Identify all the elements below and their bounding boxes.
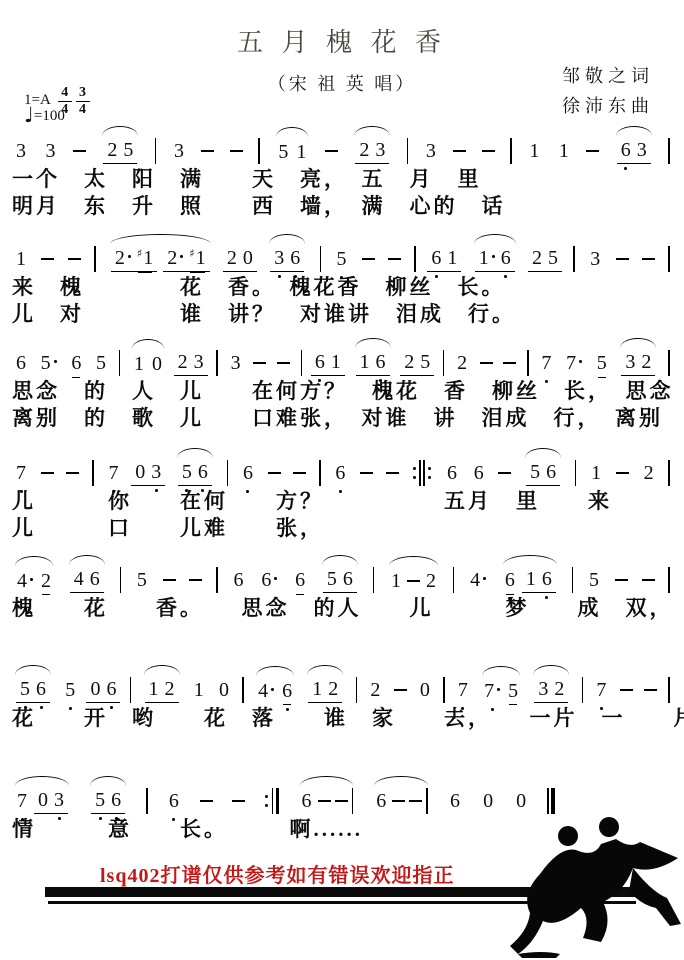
barline: [572, 567, 574, 593]
note-2: 2: [457, 352, 467, 374]
beam-group: 20: [223, 246, 257, 272]
note-3: 3: [194, 351, 204, 373]
duration-dash: [615, 579, 628, 581]
beam-group: 12: [145, 677, 179, 703]
beam-group: 16: [475, 246, 515, 272]
note-0: 0: [152, 353, 162, 375]
barline: [352, 788, 354, 814]
note-6: 6: [295, 569, 305, 591]
note-7: 7: [484, 680, 500, 702]
beam-group: 16: [522, 567, 556, 593]
duration-dash: [277, 362, 290, 364]
note-2: 2: [404, 351, 414, 373]
note-0: 0: [219, 679, 229, 701]
sharp-icon: ♯: [189, 247, 194, 260]
note-5: 5: [95, 789, 105, 811]
duration-dash: [41, 472, 54, 474]
barline: [227, 460, 229, 486]
note-5: 5: [20, 678, 30, 700]
duration-dash: [73, 150, 86, 152]
note-6: 6: [243, 462, 253, 484]
duration-dash: [230, 150, 243, 152]
duration-dash: [253, 362, 266, 364]
note-6: 6: [343, 568, 353, 590]
beam-group: 46: [70, 567, 104, 593]
note-1: 1: [360, 351, 370, 373]
slur-group: 56: [522, 460, 564, 486]
note-2: 2: [328, 678, 338, 700]
low-octave-dot: [112, 490, 115, 493]
note-3: 3: [538, 678, 548, 700]
note-6: 6: [106, 678, 116, 700]
note-3: 3: [625, 351, 635, 373]
beam-group: 03: [34, 788, 68, 814]
barline: [319, 460, 321, 486]
note-5: 5: [327, 568, 337, 590]
transcriber-note: lsq402打谱仅供参考如有错误欢迎指正: [100, 859, 454, 888]
barline: [668, 138, 670, 164]
lyrics-row: 儿 对 谁 讲？ 对谁讲 泪成 行。: [12, 301, 672, 328]
duration-dash: [392, 800, 405, 802]
barline: [407, 138, 409, 164]
slur-group: 36: [266, 246, 308, 272]
note-7: 7: [458, 679, 468, 701]
dot-after: [180, 255, 183, 258]
duration-dash: [189, 579, 202, 581]
note-2: 2: [178, 351, 188, 373]
note-1: 1: [591, 462, 601, 484]
slur-group: 42: [12, 568, 56, 591]
low-octave-dot: [573, 380, 576, 383]
note-2: 2: [167, 247, 183, 269]
barline: [216, 567, 218, 593]
dot-after: [128, 255, 131, 258]
note-0: 0: [483, 790, 493, 812]
barline: [242, 677, 244, 703]
note-0: 0: [38, 789, 48, 811]
sharp-icon: ♯: [137, 247, 142, 260]
note-1: 1: [391, 570, 401, 592]
duration-dash: [293, 472, 306, 474]
lyrics-row: 槐 花 香。 思念 的人 儿 梦 成 双，: [12, 595, 672, 622]
music-system-2: 12♯12♯1203656116253来 槐 花 香。 槐花香 柳丝 长。儿 对…: [12, 228, 672, 328]
beam-group: 06: [86, 677, 120, 703]
barline: [120, 567, 122, 593]
duration-dash: [232, 800, 245, 802]
slur-group: 56: [174, 460, 216, 486]
dot-after: [54, 360, 57, 363]
note-6: 6: [261, 569, 277, 591]
note-7: 7: [108, 462, 118, 484]
slur-group: 616: [500, 567, 560, 593]
note-5: 5: [597, 352, 607, 374]
note-3: 3: [174, 140, 184, 162]
note-6: 6: [90, 568, 100, 590]
note-3: 3: [274, 247, 284, 269]
note-6: 6: [282, 680, 292, 702]
barline: [668, 246, 670, 272]
dot-after: [271, 688, 274, 691]
note-6: 6: [302, 790, 312, 812]
low-octave-dot: [58, 817, 61, 820]
beam-group: 63: [617, 138, 651, 164]
slur-group: 16: [471, 246, 519, 272]
notation-row: 565061210461220775327: [12, 659, 672, 705]
low-octave-dot: [491, 708, 494, 711]
duration-dash: [498, 472, 511, 474]
note-5: 5: [96, 352, 106, 374]
note-2: 2: [370, 679, 380, 701]
duration-dash: [41, 258, 54, 260]
note-7: 7: [16, 462, 26, 484]
note-6: 6: [450, 790, 460, 812]
note-3: 3: [637, 139, 647, 161]
note-1: 1: [149, 678, 159, 700]
notation-row: 70356666600: [12, 770, 557, 816]
note-6: 6: [335, 462, 345, 484]
duration-dash: [360, 472, 373, 474]
beam-group: 25: [528, 246, 562, 272]
beam-group: 32: [534, 677, 568, 703]
slur-group: 56: [319, 567, 361, 593]
note-2: 2: [554, 678, 564, 700]
low-octave-dot: [115, 817, 118, 820]
slur-group: 75: [479, 678, 523, 701]
barline: [527, 350, 529, 376]
low-octave-dot: [286, 708, 289, 711]
barline: [130, 677, 132, 703]
note-6: 6: [234, 569, 244, 591]
duration-dash: [163, 579, 176, 581]
low-octave-dot: [20, 490, 23, 493]
lyrics-row: 明月 东 升 照 西 墙， 满 心的 话: [12, 193, 672, 220]
note-3: 3: [375, 139, 385, 161]
duration-dash: [268, 472, 281, 474]
low-octave-dot: [40, 706, 43, 709]
time-signature: 34: [76, 86, 90, 117]
barline: [582, 677, 584, 703]
note-5: 5: [278, 141, 288, 163]
beam-group: 23: [355, 138, 389, 164]
note-1: 1: [529, 140, 539, 162]
low-octave-dot: [24, 706, 27, 709]
note-4: 4: [74, 568, 84, 590]
duration-dash: [386, 472, 399, 474]
note-0: 0: [90, 678, 100, 700]
slur-group: 703: [12, 788, 72, 814]
barline: [668, 677, 670, 703]
note-5: 5: [41, 352, 57, 374]
slur-group: 23: [351, 138, 393, 164]
barline: [426, 788, 428, 814]
duration-dash: [482, 150, 495, 152]
barline: [443, 677, 445, 703]
note-5: 5: [336, 248, 346, 270]
slur-group: 12: [386, 568, 441, 591]
dot-after: [492, 255, 495, 258]
note-6: 6: [169, 790, 179, 812]
note-1: 1: [16, 248, 26, 270]
duration-dash: [616, 472, 629, 474]
note-6: 6: [474, 462, 484, 484]
note-1: 1: [447, 247, 457, 269]
note-6: 6: [71, 352, 81, 374]
note-7: 7: [566, 352, 582, 374]
duration-dash: [68, 258, 81, 260]
beam-group: 32: [621, 350, 655, 376]
final-barline: [547, 788, 555, 814]
note-2: 2: [107, 139, 117, 161]
dot-after: [579, 360, 582, 363]
lyrics-row: 儿 你 在何 方？ 五月 里 来: [12, 488, 672, 515]
low-octave-dot: [21, 818, 24, 821]
dancers-graphic: [482, 812, 684, 958]
note-1: ♯1: [189, 247, 205, 269]
dot-after: [30, 578, 33, 581]
lyrics-row: 儿 口 儿难 张，: [12, 515, 672, 542]
duration-dash: [616, 258, 629, 260]
note-5: 5: [530, 461, 540, 483]
notation-row: 656510233611625277532: [12, 332, 672, 378]
note-5: 5: [508, 680, 518, 702]
barline: [414, 246, 416, 272]
note-6: 6: [16, 352, 26, 374]
duration-dash: [642, 579, 655, 581]
barline: [119, 350, 121, 376]
note-2: 2: [532, 247, 542, 269]
duration-dash: [642, 258, 655, 260]
note-1: 1: [134, 353, 144, 375]
beam-group: 03: [131, 460, 165, 486]
barline: [301, 350, 303, 376]
barline: [155, 138, 157, 164]
note-3: 3: [231, 352, 241, 374]
low-octave-dot: [99, 817, 102, 820]
barline: [443, 350, 445, 376]
note-6: 6: [431, 247, 441, 269]
low-octave-dot: [340, 276, 343, 279]
note-2: 2: [41, 570, 51, 592]
note-6: 6: [290, 247, 300, 269]
slur-group: 10: [129, 351, 167, 374]
note-2: 2: [165, 678, 175, 700]
note-6: 6: [546, 461, 556, 483]
note-0: 0: [135, 461, 145, 483]
notation-row: 42465666561246165: [12, 549, 672, 595]
note-0: 0: [243, 247, 253, 269]
note-0: 0: [516, 790, 526, 812]
music-system-7: 70356666600情 意 长。 啊......: [12, 770, 557, 843]
note-1: 1: [559, 140, 569, 162]
note-3: 3: [426, 140, 436, 162]
dot-after: [483, 577, 486, 580]
beam-group: 2♯1: [111, 246, 157, 272]
note-3: 3: [151, 461, 161, 483]
low-octave-dot: [545, 380, 548, 383]
note-2: 2: [644, 462, 654, 484]
note-6: 6: [621, 139, 631, 161]
slur-group: 16: [352, 350, 394, 376]
duration-dash: [620, 689, 633, 691]
barline: [258, 138, 260, 164]
barline: [510, 138, 512, 164]
note-7: 7: [596, 679, 606, 701]
note-1: 1: [312, 678, 322, 700]
duration-dash: [388, 258, 401, 260]
low-octave-dot: [294, 275, 297, 278]
dot-after: [497, 688, 500, 691]
note-3: 3: [16, 140, 26, 162]
duration-dash: [201, 150, 214, 152]
beam-group: 56: [323, 567, 357, 593]
beam-group: 56: [91, 788, 125, 814]
duration-dash: [480, 362, 493, 364]
note-4: 4: [258, 680, 274, 702]
lyricist-credit: 邹敬之词: [562, 62, 654, 88]
note-6: 6: [315, 351, 325, 373]
barline: [94, 246, 96, 272]
note-5: 5: [137, 569, 147, 591]
slur-group: 2♯12♯1: [107, 246, 214, 272]
note-6: 6: [542, 568, 552, 590]
beam-group: 23: [174, 350, 208, 376]
barline: [575, 460, 577, 486]
slur-group: 51: [273, 139, 311, 162]
music-system-1: 33253512331163一个 太 阳 满 天 亮， 五 月 里明月 东 升 …: [12, 120, 672, 220]
duration-dash: [335, 800, 348, 802]
note-3: 3: [45, 140, 55, 162]
barline: [573, 246, 575, 272]
note-4: 4: [470, 569, 486, 591]
duration-dash: [503, 362, 516, 364]
note-1: 1: [194, 679, 204, 701]
note-6: 6: [111, 789, 121, 811]
note-3: 3: [590, 248, 600, 270]
note-5: 5: [589, 569, 599, 591]
slur-group: 25: [99, 138, 141, 164]
music-system-4: 77035666665612儿 你 在何 方？ 五月 里 来儿 口 儿难 张，: [12, 442, 672, 542]
note-5: 5: [182, 461, 192, 483]
barline: [92, 460, 94, 486]
sheet-music-page: 五 月 槐 花 香 （宋 祖 英 唱） 邹敬之词 徐沛东曲 1=A 44 34 …: [0, 0, 684, 960]
duration-dash: [325, 150, 338, 152]
dot-after: [274, 577, 277, 580]
music-system-5: 42465666561246165槐 花 香。 思念 的人 儿 梦 成 双，: [12, 549, 672, 622]
slur-group: 12: [304, 677, 346, 703]
beam-group: 2♯1: [163, 246, 209, 272]
notation-row: 77035666665612: [12, 442, 672, 488]
note-6: 6: [505, 569, 515, 591]
repeat-barline: [264, 788, 279, 814]
barline: [453, 567, 455, 593]
note-3: 3: [54, 789, 64, 811]
note-4: 4: [17, 570, 33, 592]
note-5: 5: [123, 139, 133, 161]
barline: [216, 350, 218, 376]
note-1: ♯1: [137, 247, 153, 269]
duration-dash: [644, 689, 657, 691]
low-octave-dot: [155, 489, 158, 492]
beam-group: 61: [427, 246, 461, 272]
barline: [356, 677, 358, 703]
slur-group: 6: [297, 788, 357, 814]
beam-group: 12: [308, 677, 342, 703]
duration-dash: [409, 800, 422, 802]
duration-dash: [66, 472, 79, 474]
low-octave-dot: [339, 490, 342, 493]
duration-dash: [318, 800, 331, 802]
note-5: 5: [65, 679, 75, 701]
slur-group: 63: [613, 138, 655, 164]
barline: [668, 567, 670, 593]
low-octave-dot: [278, 275, 281, 278]
lyrics-row: 离别 的 歌 儿 口难张， 对谁 讲 泪成 行， 离别 的歌: [12, 405, 672, 432]
note-1: 1: [296, 141, 306, 163]
beam-group: 61: [311, 350, 345, 376]
duration-dash: [586, 150, 599, 152]
slur-group: 12: [141, 677, 183, 703]
beam-group: 25: [103, 138, 137, 164]
slur-group: 32: [530, 677, 572, 703]
slur-group: 56: [12, 677, 54, 703]
note-6: 6: [376, 790, 386, 812]
duration-dash: [362, 258, 375, 260]
note-6: 6: [376, 351, 386, 373]
note-1: 1: [526, 568, 536, 590]
composer-credit: 徐沛东曲: [562, 92, 654, 118]
slur-group: 46: [253, 678, 297, 701]
note-1: 1: [479, 247, 495, 269]
note-5: 5: [548, 247, 558, 269]
low-octave-dot: [600, 707, 603, 710]
note-2: 2: [227, 247, 237, 269]
note-6: 6: [36, 678, 46, 700]
barline: [146, 788, 148, 814]
song-title: 五 月 槐 花 香: [0, 22, 684, 59]
slur-group: 56: [87, 788, 129, 814]
music-system-3: 656510233611625277532思念 的 人 儿 在何方？ 槐花 香 …: [12, 332, 672, 432]
note-2: 2: [426, 570, 436, 592]
slur-group: 46: [66, 567, 108, 593]
barline: [668, 460, 670, 486]
repeat-barline: [412, 460, 433, 486]
note-2: 2: [115, 247, 131, 269]
slur-group: 32: [617, 350, 659, 376]
duration-dash: [407, 580, 420, 582]
barline: [320, 246, 322, 272]
notation-row: 33253512331163: [12, 120, 672, 166]
beam-group: 56: [178, 460, 212, 486]
note-6: 6: [447, 462, 457, 484]
lyrics-row: 花 开 哟 花 落 谁 家 去， 一片 一 片: [12, 705, 672, 732]
beam-group: 36: [270, 246, 304, 272]
note-0: 0: [420, 679, 430, 701]
duration-dash: [453, 150, 466, 152]
note-5: 5: [420, 351, 430, 373]
lyrics-row: 情 意 长。 啊......: [12, 816, 557, 843]
note-2: 2: [641, 351, 651, 373]
note-1: 1: [331, 351, 341, 373]
note-7: 7: [541, 352, 551, 374]
duration-dash: [394, 689, 407, 691]
barline: [373, 567, 375, 593]
note-7: 7: [17, 790, 27, 812]
note-6: 6: [501, 247, 511, 269]
duration-dash: [200, 800, 213, 802]
low-octave-dot: [69, 707, 72, 710]
note-6: 6: [198, 461, 208, 483]
note-2: 2: [359, 139, 369, 161]
